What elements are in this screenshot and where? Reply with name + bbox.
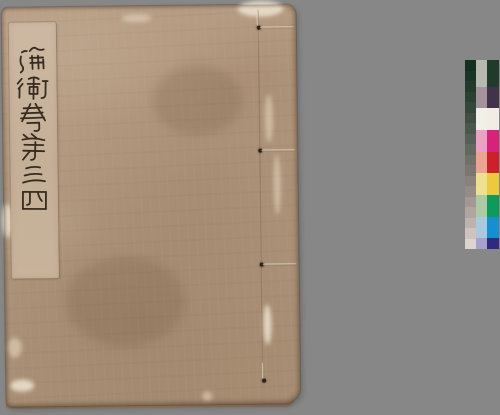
color-patch-row xyxy=(476,173,499,195)
wear-mark xyxy=(122,14,152,22)
solid-patch xyxy=(487,60,499,87)
wear-mark xyxy=(273,154,281,214)
solid-patch xyxy=(487,130,499,152)
title-label: 論衡巻第三四 xyxy=(9,22,59,279)
tint-patch xyxy=(476,108,487,130)
color-patch-row xyxy=(476,108,499,130)
solid-patch xyxy=(487,87,499,108)
wedge-step xyxy=(465,144,476,155)
wedge-step xyxy=(465,239,476,250)
color-patch-row xyxy=(476,130,499,152)
binding-crease xyxy=(258,9,264,400)
tint-patch xyxy=(476,87,487,108)
tint-patch xyxy=(476,238,487,249)
wedge-step xyxy=(465,207,476,218)
wear-mark xyxy=(202,391,212,401)
binding-hole xyxy=(258,149,262,153)
wedge-step xyxy=(465,123,476,134)
solid-patch xyxy=(487,173,499,195)
binding-thread xyxy=(262,363,264,379)
tint-patch xyxy=(476,60,487,87)
wear-mark xyxy=(8,338,22,358)
binding-hole xyxy=(260,263,264,267)
binding-hole xyxy=(257,26,261,30)
photo-stage: 論衡巻第三四 xyxy=(0,0,500,415)
tint-patch xyxy=(476,152,487,173)
binding-thread xyxy=(263,263,297,265)
solid-patch xyxy=(487,152,499,173)
title-calligraphy xyxy=(9,22,59,279)
color-patch-row xyxy=(476,87,499,108)
wear-mark xyxy=(238,0,284,17)
wedge-step xyxy=(465,102,476,113)
binding-hole xyxy=(262,379,266,383)
wear-mark xyxy=(10,379,34,391)
wedge-step xyxy=(465,186,476,197)
wedge-step xyxy=(465,134,476,145)
wedge-step xyxy=(465,176,476,187)
binding-thread xyxy=(261,149,295,151)
wedge-step xyxy=(465,197,476,208)
color-patch-row xyxy=(476,152,499,173)
solid-patch xyxy=(487,108,499,130)
color-calibration-target xyxy=(465,60,499,249)
wedge-step xyxy=(465,60,476,71)
tint-patch xyxy=(476,195,487,217)
color-patch-row xyxy=(476,60,499,87)
wedge-step xyxy=(465,113,476,124)
color-patch-row xyxy=(476,195,499,217)
wedge-step xyxy=(465,71,476,82)
wedge-step xyxy=(465,218,476,229)
wedge-step xyxy=(465,155,476,166)
binding-thread xyxy=(260,26,294,28)
wedge-step xyxy=(465,165,476,176)
wedge-step xyxy=(465,92,476,103)
stain-mark xyxy=(152,65,243,136)
solid-patch xyxy=(487,195,499,217)
wear-mark xyxy=(265,95,274,143)
wear-mark xyxy=(263,305,271,345)
wedge-step xyxy=(465,228,476,239)
tint-patch xyxy=(476,173,487,195)
color-patches xyxy=(476,60,499,249)
stain-mark xyxy=(65,256,186,347)
wedge-step xyxy=(465,81,476,92)
solid-patch xyxy=(487,217,499,238)
tint-patch xyxy=(476,217,487,238)
color-patch-row xyxy=(476,217,499,238)
color-patch-row xyxy=(476,238,499,249)
binding-thread xyxy=(257,10,259,26)
grayscale-wedge xyxy=(465,60,476,249)
solid-patch xyxy=(487,238,499,249)
tint-patch xyxy=(476,130,487,152)
book-cover: 論衡巻第三四 xyxy=(2,4,301,407)
